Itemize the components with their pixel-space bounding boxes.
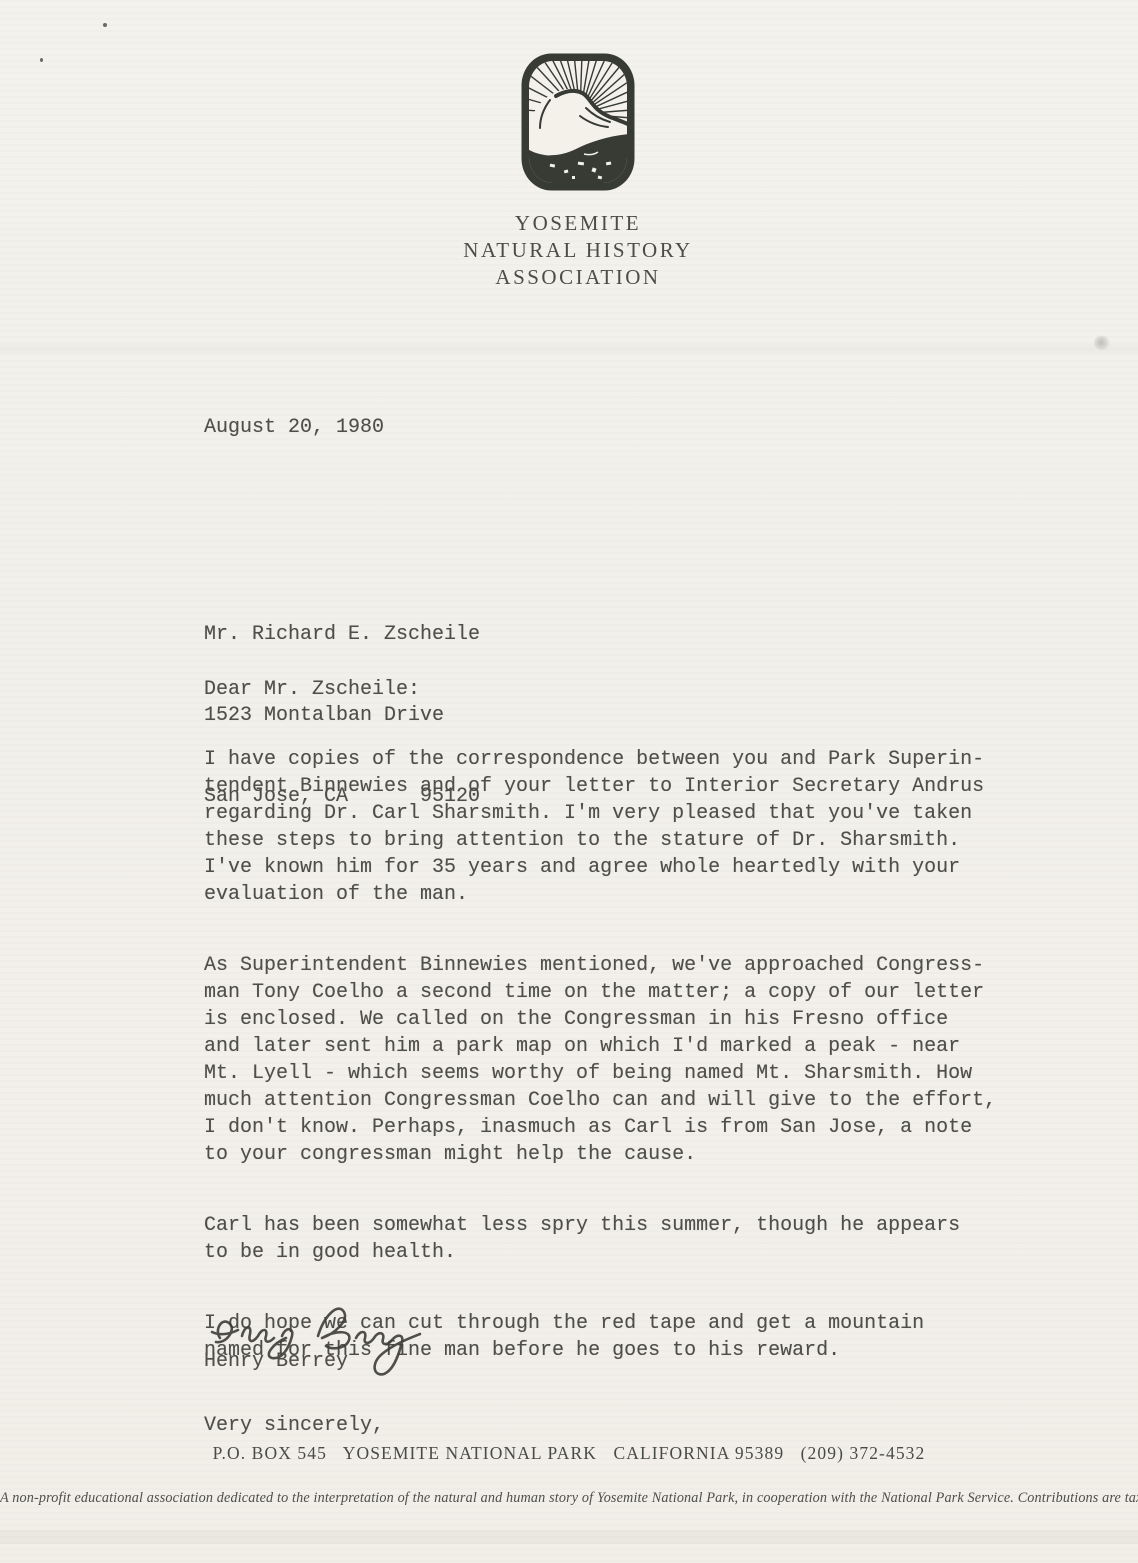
org-name-line1: YOSEMITE <box>463 210 692 237</box>
paragraph-2: As Superintendent Binnewies mentioned, w… <box>204 952 1044 1168</box>
scan-speck <box>103 23 107 27</box>
scan-band <box>0 344 1138 354</box>
salutation: Dear Mr. Zscheile: <box>204 676 1044 703</box>
letter-date: August 20, 1980 <box>204 414 384 441</box>
signer-name: Henry Berrey <box>204 1348 348 1375</box>
half-dome-logo-icon <box>520 52 636 192</box>
org-name: YOSEMITE NATURAL HISTORY ASSOCIATION <box>463 210 692 291</box>
recipient-name: Mr. Richard E. Zscheile <box>204 621 480 648</box>
letter-page: YOSEMITE NATURAL HISTORY ASSOCIATION Aug… <box>0 0 1138 1563</box>
footer-address: P.O. BOX 545 YOSEMITE NATIONAL PARK CALI… <box>0 1443 1138 1464</box>
scan-band <box>0 1530 1138 1544</box>
letterhead: YOSEMITE NATURAL HISTORY ASSOCIATION <box>0 52 1138 291</box>
org-name-line2: NATURAL HISTORY <box>463 237 692 264</box>
closing: Very sincerely, <box>204 1412 1044 1439</box>
footer-tagline: A non-profit educational association ded… <box>0 1490 1138 1507</box>
scan-smudge <box>1094 336 1110 350</box>
paragraph-1: I have copies of the correspondence betw… <box>204 746 1044 908</box>
org-name-line3: ASSOCIATION <box>463 264 692 291</box>
paragraph-3: Carl has been somewhat less spry this su… <box>204 1212 1044 1266</box>
